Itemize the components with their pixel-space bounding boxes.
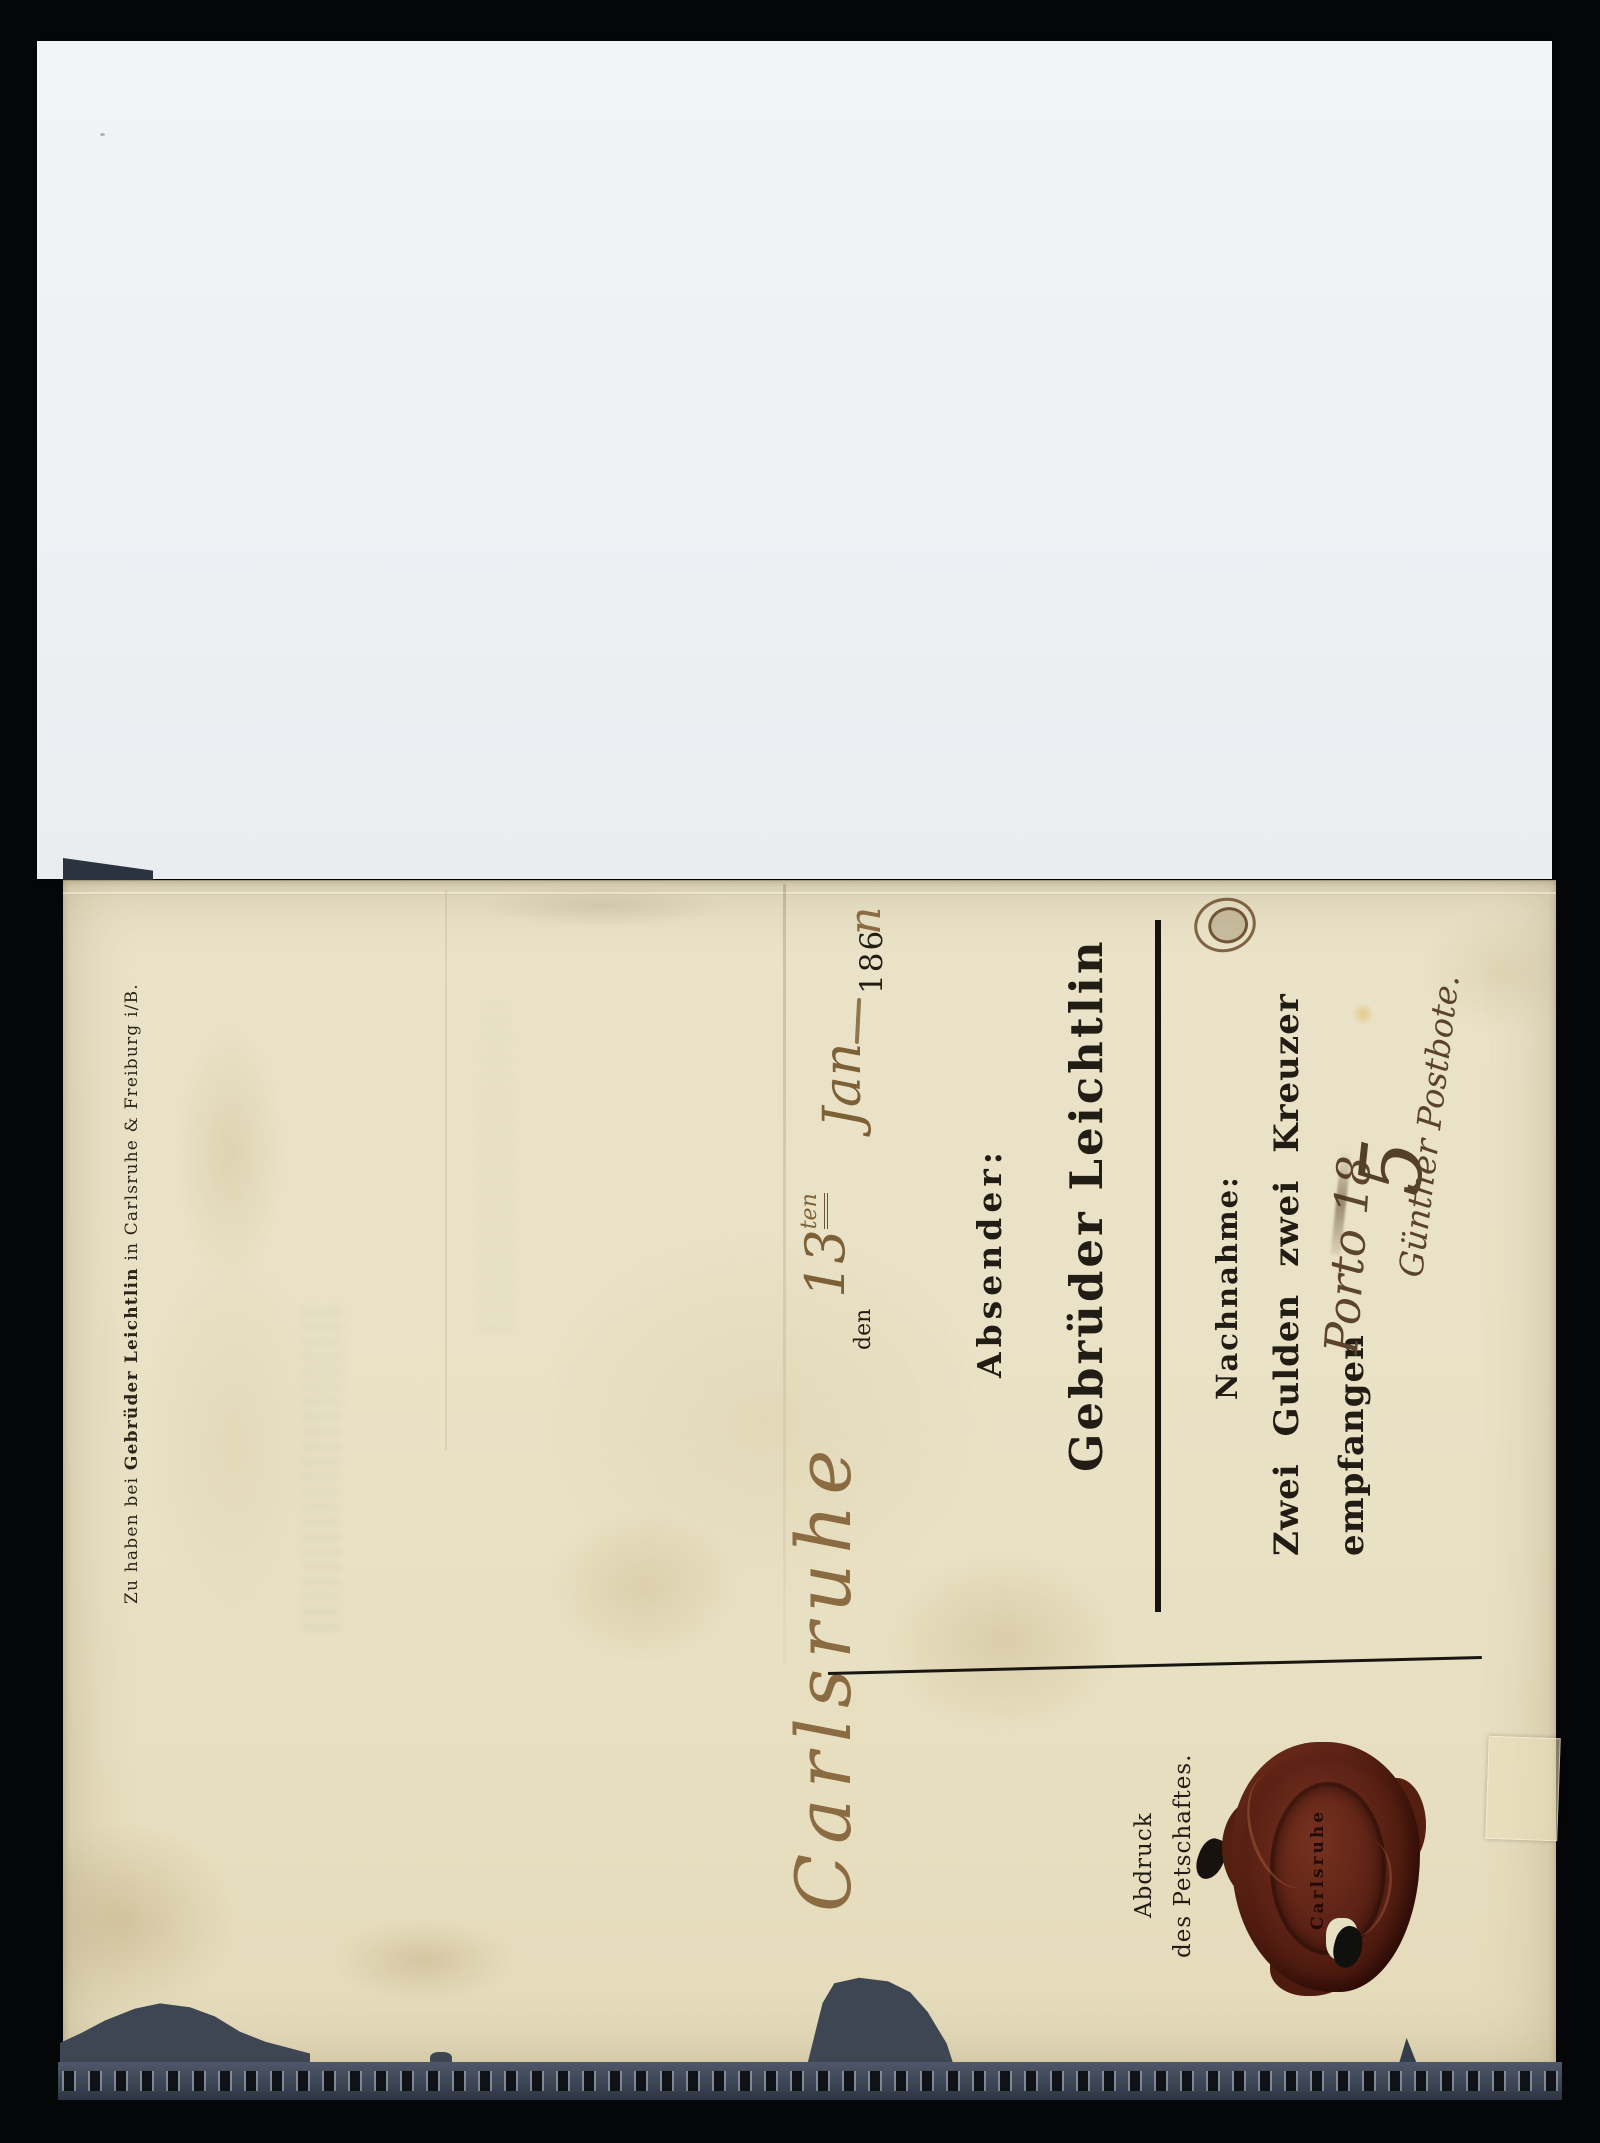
showthrough-ghost — [478, 1000, 514, 1330]
cod-received-word: empfangen — [1335, 1376, 1369, 1556]
printed-rule-thick — [1155, 920, 1161, 1612]
printed-den-label: den — [853, 1296, 875, 1350]
handwritten-year-digit: n — [844, 865, 888, 935]
white-cover-sheet — [37, 41, 1552, 879]
handwritten-day: 13ten — [799, 1138, 853, 1298]
repair-tape — [1485, 1736, 1561, 1841]
handwritten-place: Carlsruhe — [786, 1372, 862, 1912]
day-number: 13 — [794, 1229, 857, 1298]
album-bottom-band — [0, 2100, 1600, 2143]
day-suffix: ten — [797, 1193, 828, 1229]
fold-edge-highlight — [63, 892, 1556, 895]
mounting-strip-slots — [58, 2071, 1562, 2091]
paper-speck — [100, 133, 105, 136]
vendor-note-line: Zu haben bei Gebrüder Leichtlin in Carls… — [124, 936, 141, 1604]
vendor-note-prefix: Zu haben bei — [122, 1470, 142, 1604]
cod-label: Nachnahme: — [1213, 1190, 1242, 1400]
vendor-note-name: Gebrüder Leichtlin — [122, 1267, 142, 1470]
wax-seal: Carlsruhe — [1232, 1742, 1420, 1992]
fold-crease-faint — [445, 890, 447, 1450]
seal-caption-line1: Abdruck — [1133, 1818, 1156, 1918]
sender-label: Absender: — [973, 1110, 1006, 1378]
seal-caption-line2: des Petschaftes. — [1172, 1768, 1195, 1958]
mounting-strip — [58, 2062, 1562, 2102]
album-page-scan: Zu haben bei Gebrüder Leichtlin in Carls… — [0, 0, 1600, 2143]
vendor-note-suffix: in Carlsruhe & Freiburg i/B. — [122, 983, 142, 1267]
showthrough-ghost — [300, 1300, 342, 1630]
sender-name: Gebrüder Leichtlin — [1064, 996, 1109, 1472]
cod-amount-printed: Zwei Gulden zwei Kreuzer — [1270, 1024, 1304, 1556]
